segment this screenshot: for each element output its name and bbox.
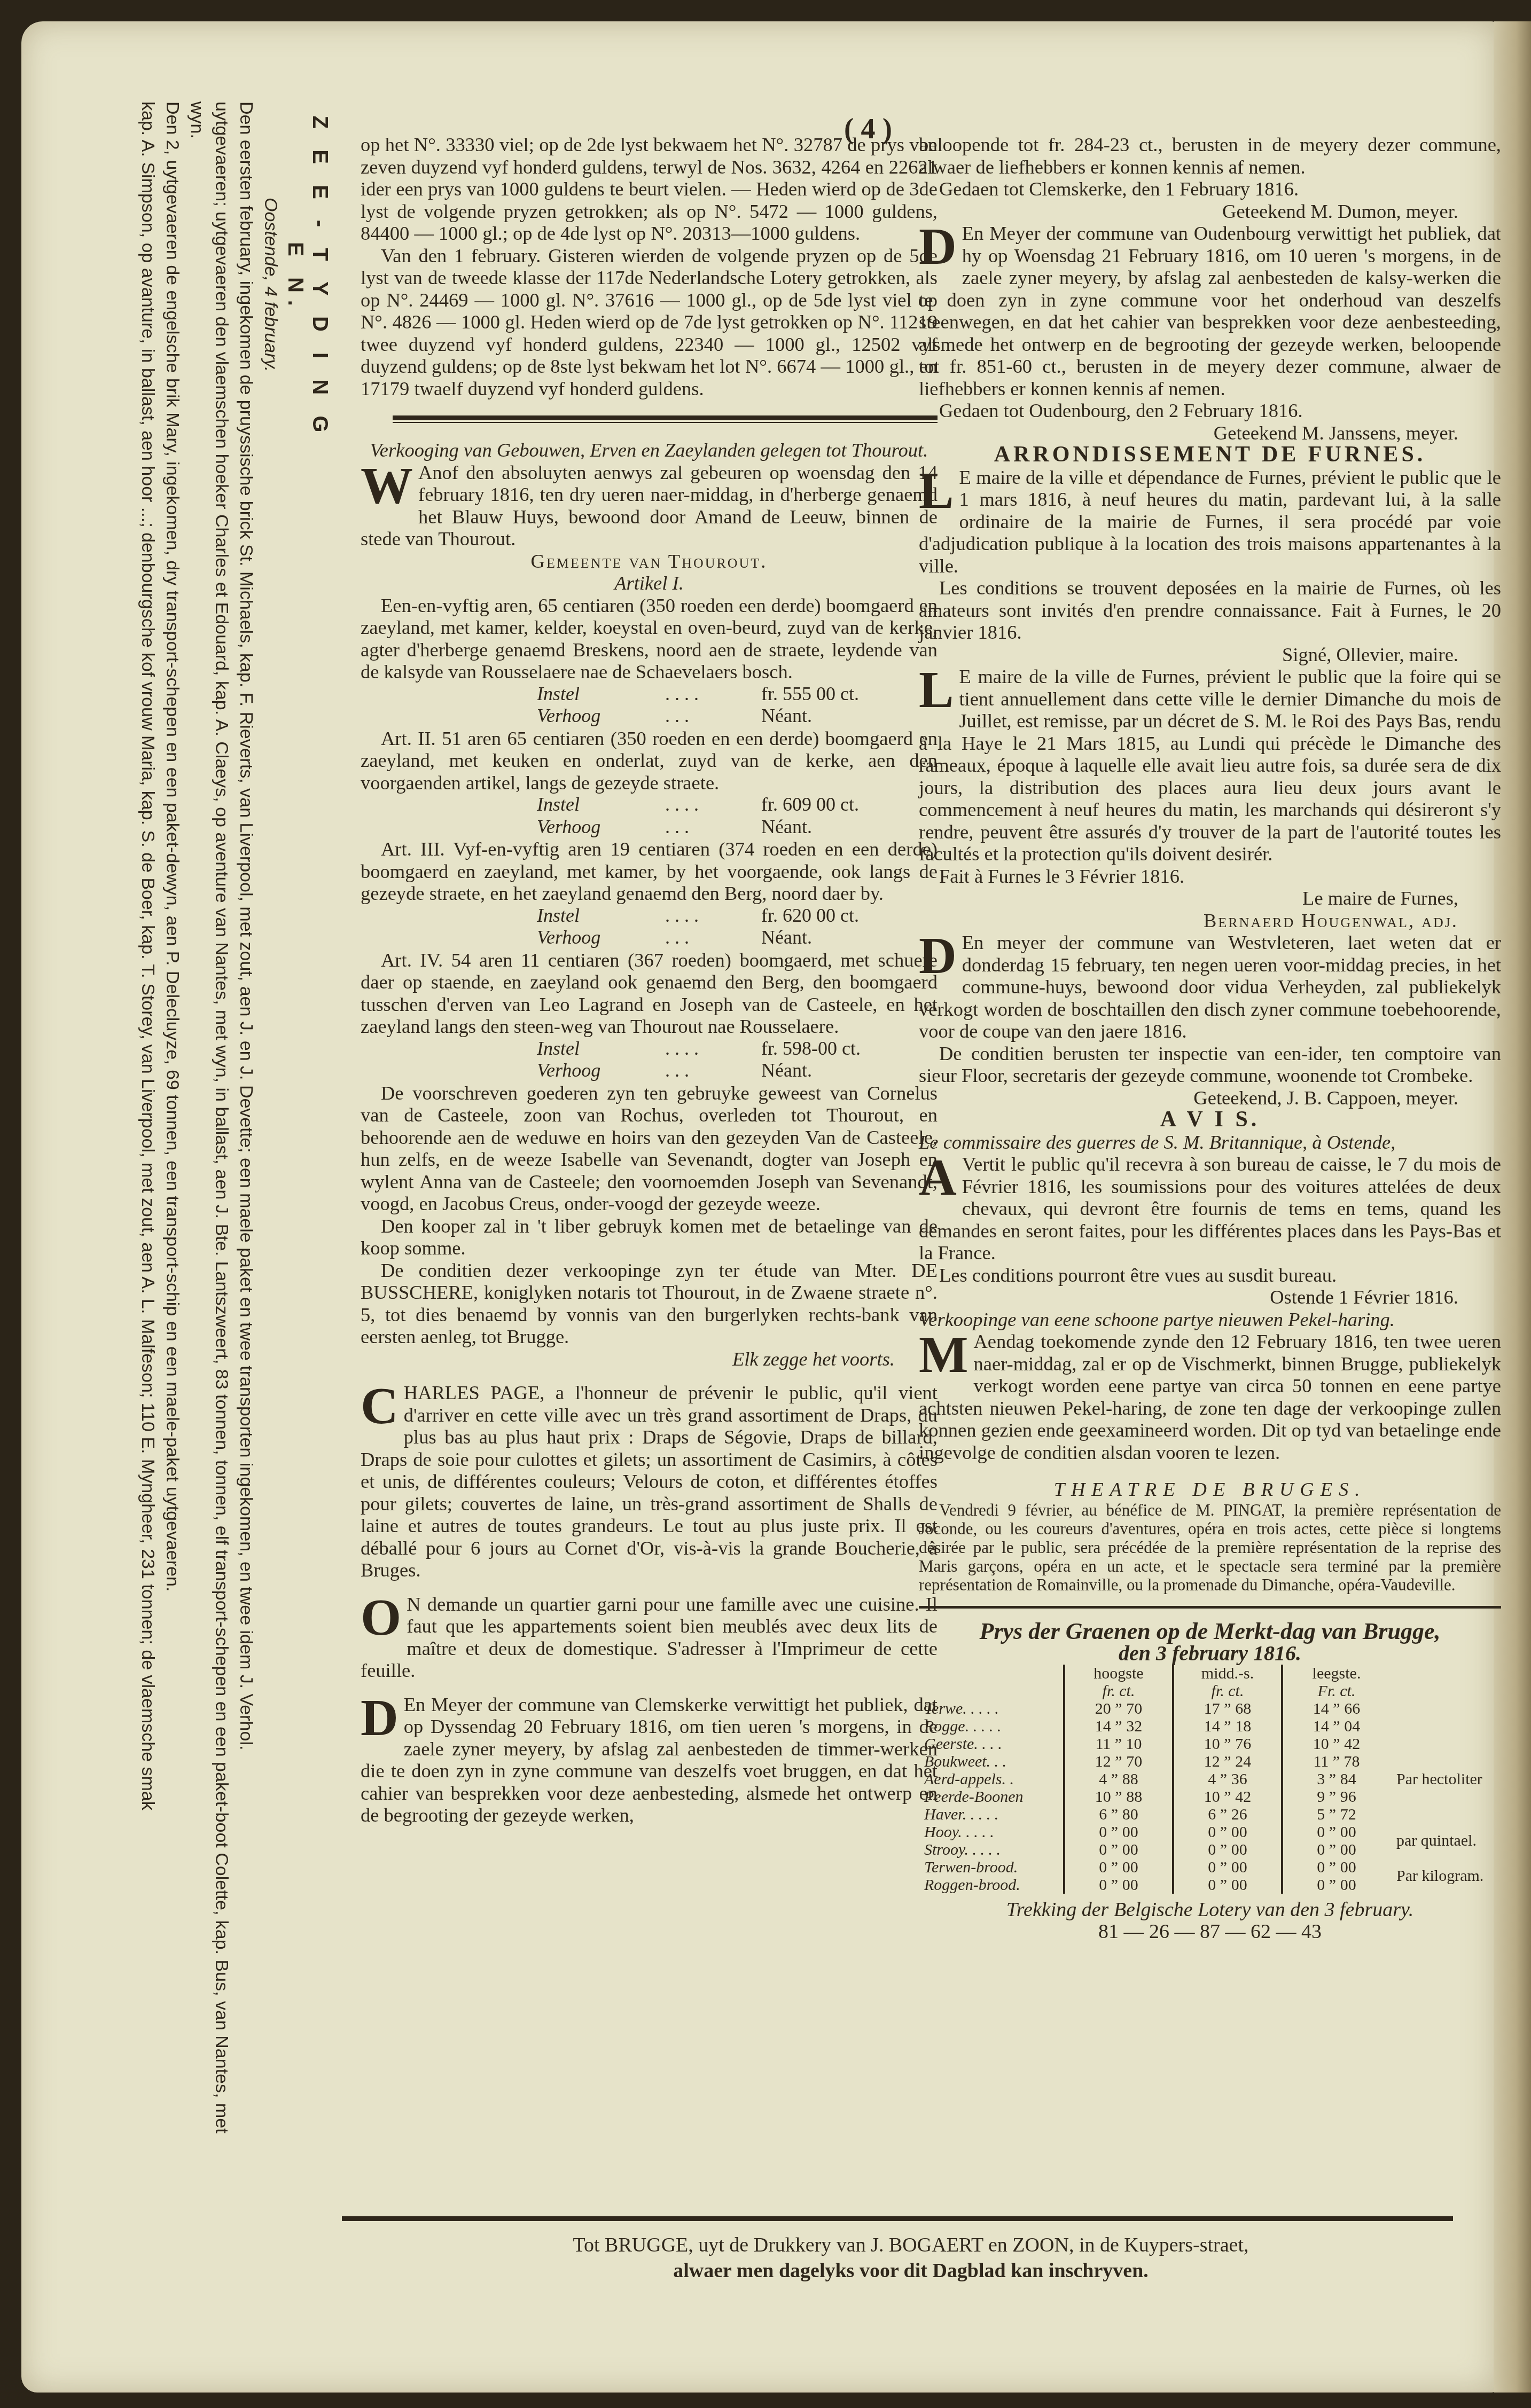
zee-tydingen-column: Z E E - T Y D I N G E N. Oostende, 4 feb…: [199, 101, 332, 2168]
dropcap: C: [361, 1382, 404, 1427]
zee-tydingen-line: Den 2, uytgevaeren de engelsche brik Mar…: [160, 101, 185, 2168]
westvleteren-notice: En meyer der commune van Westvleteren, l…: [919, 931, 1501, 1042]
dropcap: O: [361, 1593, 407, 1639]
furnes-heading: ARRONDISSEMENT DE FURNES.: [919, 444, 1501, 466]
lottery-numbers: 81 — 26 — 87 — 62 — 43: [919, 1921, 1501, 1943]
furnes-notice-2-done: Fait à Furnes le 3 Février 1816.: [919, 865, 1501, 888]
unit-quintael: par quintael.: [1390, 1823, 1489, 1858]
furnes-notice-1-signature: Signé, Ollevier, maire.: [919, 644, 1501, 666]
dropcap: D: [919, 222, 962, 268]
grain-row: Terwe. . . . .20 ” 7017 ” 6814 ” 66: [919, 1700, 1489, 1717]
dropcap: D: [361, 1693, 404, 1739]
article-text: Een-en-vyftig aren, 65 centiaren (350 ro…: [361, 594, 938, 683]
zee-tydingen-line: kap. A. Simpson, op avanture, in ballast…: [136, 101, 160, 2168]
zee-tydingen-dateline: Oostende, 4 february.: [259, 101, 283, 2168]
article-text: Art. II. 51 aren 65 centiaren (350 roede…: [361, 727, 938, 794]
unit-hectoliter: Par hectoliter: [1390, 1735, 1489, 1823]
furnes-notice-1-conditions: Les conditions se trouvent deposées en l…: [919, 577, 1501, 644]
dropcap: A: [919, 1153, 962, 1199]
oudenbourg-done: Gedaen tot Oudenbourg, den 2 February 18…: [919, 399, 1501, 422]
zee-tydingen-line: uytgevaeren; uytgevaeren den vlaemschen …: [185, 101, 234, 2168]
avis-date: Ostende 1 Février 1816.: [919, 1286, 1501, 1308]
instel-line: Instel. . . .fr. 555 00 ct.: [361, 683, 938, 705]
grain-date: den 3 february 1816.: [919, 1642, 1501, 1665]
article-text: Art. IV. 54 aren 11 centiaren (367 roede…: [361, 949, 938, 1038]
grain-row: Terwen-brood.0 ” 000 ” 000 ” 00Par kilog…: [919, 1858, 1489, 1876]
westvleteren-signature: Geteekend, J. B. Cappoen, meyer.: [919, 1087, 1501, 1109]
right-column: beloopende tot fr. 284-23 ct., berusten …: [919, 134, 1501, 1943]
section-divider: [393, 415, 938, 423]
avis-subheading: Le commissaire des guerres de S. M. Brit…: [919, 1131, 1501, 1154]
clemskerke-signature: Geteekend M. Dumon, meyer.: [919, 200, 1501, 223]
theatre-heading: THEATRE DE BRUGES.: [919, 1478, 1501, 1501]
left-column: op het N°. 33330 viel; op de 2de lyst be…: [361, 134, 938, 1826]
payment-paragraph: Den kooper zal in 't liber gebruyk komen…: [361, 1215, 938, 1259]
article-text: Art. III. Vyf-en-vyftig aren 19 centiare…: [361, 838, 938, 905]
lottery-paragraph: op het N°. 33330 viel; op de 2de lyst be…: [361, 134, 938, 245]
haring-notice: Aendag toekomende zynde den 12 February …: [919, 1330, 1501, 1463]
dropcap: W: [361, 461, 418, 507]
haring-title: Verkoopinge van eene schoone partye nieu…: [919, 1308, 1501, 1331]
instel-line: Instel. . . .fr. 609 00 ct.: [361, 794, 938, 816]
zee-tydingen-line: Den eersten february, ingekomen de pruys…: [234, 101, 259, 2168]
instel-line: Instel. . . .fr. 620 00 ct.: [361, 905, 938, 927]
artikel-heading: Artikel I.: [361, 572, 938, 594]
printer-imprint: Tot BRUGGE, uyt de Drukkery van J. BOGAE…: [342, 2232, 1480, 2284]
owners-paragraph: De voorschreven goederen zyn ten gebruyk…: [361, 1082, 938, 1215]
clemskerke-notice: En Meyer der commune van Clemskerke verw…: [361, 1693, 938, 1826]
section-divider: [919, 1606, 1501, 1609]
avis-heading: A V I S.: [919, 1109, 1501, 1131]
furnes-notice-2-sign2: Bernaerd Hougenwal, adj.: [919, 909, 1501, 932]
clemskerke-continued: beloopende tot fr. 284-23 ct., berusten …: [919, 134, 1501, 178]
lottery-title: Trekking der Belgische Lotery van den 3 …: [919, 1899, 1501, 1921]
dropcap: D: [919, 931, 962, 977]
quartier-ad: N demande un quartier garni pour une fam…: [361, 1593, 938, 1682]
grain-row: Rogge. . . . .14 ” 3214 ” 1814 ” 04: [919, 1717, 1489, 1735]
clemskerke-done: Gedaen tot Clemskerke, den 1 February 18…: [919, 178, 1501, 200]
avis-text: Vertit le public qu'il recevra à son bur…: [919, 1153, 1501, 1264]
verhoog-line: Verhoog. . .Néant.: [361, 927, 938, 949]
verhoog-line: Verhoog. . .Néant.: [361, 1060, 938, 1082]
imprint-line-2: alwaer men dagelyks voor dit Dagblad kan…: [342, 2258, 1480, 2284]
furnes-notice-2: E maire de la ville de Furnes, prévient …: [919, 665, 1501, 865]
zee-tydingen-heading: Z E E - T Y D I N G E N.: [283, 101, 332, 454]
avis-conditions: Les conditions pourront être vues au sus…: [919, 1264, 1501, 1287]
furnes-notice-1: E maire de la ville et dépendance de Fur…: [919, 466, 1501, 577]
westvleteren-conditions: De conditien berusten ter inspectie van …: [919, 1042, 1501, 1087]
theatre-text: Vendredi 9 février, au bénéfice de M. PI…: [919, 1501, 1501, 1594]
oudenbourg-notice: En Meyer der commune van Oudenbourg verw…: [919, 222, 1501, 399]
dropcap: M: [919, 1330, 974, 1376]
unit-kilogram: Par kilogram.: [1390, 1858, 1489, 1894]
gemeente-heading: Gemeente van Thourout.: [361, 550, 938, 572]
sale-title: Verkooging van Gebouwen, Erven en Zaeyla…: [361, 439, 938, 461]
oudenbourg-signature: Geteekend M. Janssens, meyer.: [919, 422, 1501, 444]
grain-title: Prys der Graenen op de Merkt-dag van Bru…: [919, 1620, 1501, 1643]
grain-row: Hooy. . . . .0 ” 000 ” 000 ” 00par quint…: [919, 1823, 1489, 1841]
grain-price-table: hoogste midd.-s. leegste. fr. ct. fr. ct…: [919, 1665, 1489, 1894]
verhoog-line: Verhoog. . .Néant.: [361, 705, 938, 727]
conditions-paragraph: De conditien dezer verkoopinge zyn ter é…: [361, 1259, 938, 1348]
charles-page-ad: HARLES PAGE, a l'honneur de prévenir le …: [361, 1382, 938, 1581]
instel-line: Instel. . . .fr. 598-00 ct.: [361, 1038, 938, 1060]
sale-closing: Elk zegge het voorts.: [361, 1348, 938, 1370]
imprint-divider: [342, 2216, 1453, 2221]
imprint-line-1: Tot BRUGGE, uyt de Drukkery van J. BOGAE…: [342, 2232, 1480, 2258]
grain-row: Geerste. . . .11 ” 1010 ” 7610 ” 42Par h…: [919, 1735, 1489, 1753]
verhoog-line: Verhoog. . .Néant.: [361, 816, 938, 838]
lottery-paragraph: Van den 1 february. Gisteren wierden de …: [361, 245, 938, 400]
dropcap: L: [919, 466, 959, 512]
furnes-notice-2-sign1: Le maire de Furnes,: [919, 887, 1501, 909]
sale-intro: Anof den absoluyten aenwys zal gebeuren …: [361, 461, 938, 550]
dropcap: L: [919, 665, 959, 711]
